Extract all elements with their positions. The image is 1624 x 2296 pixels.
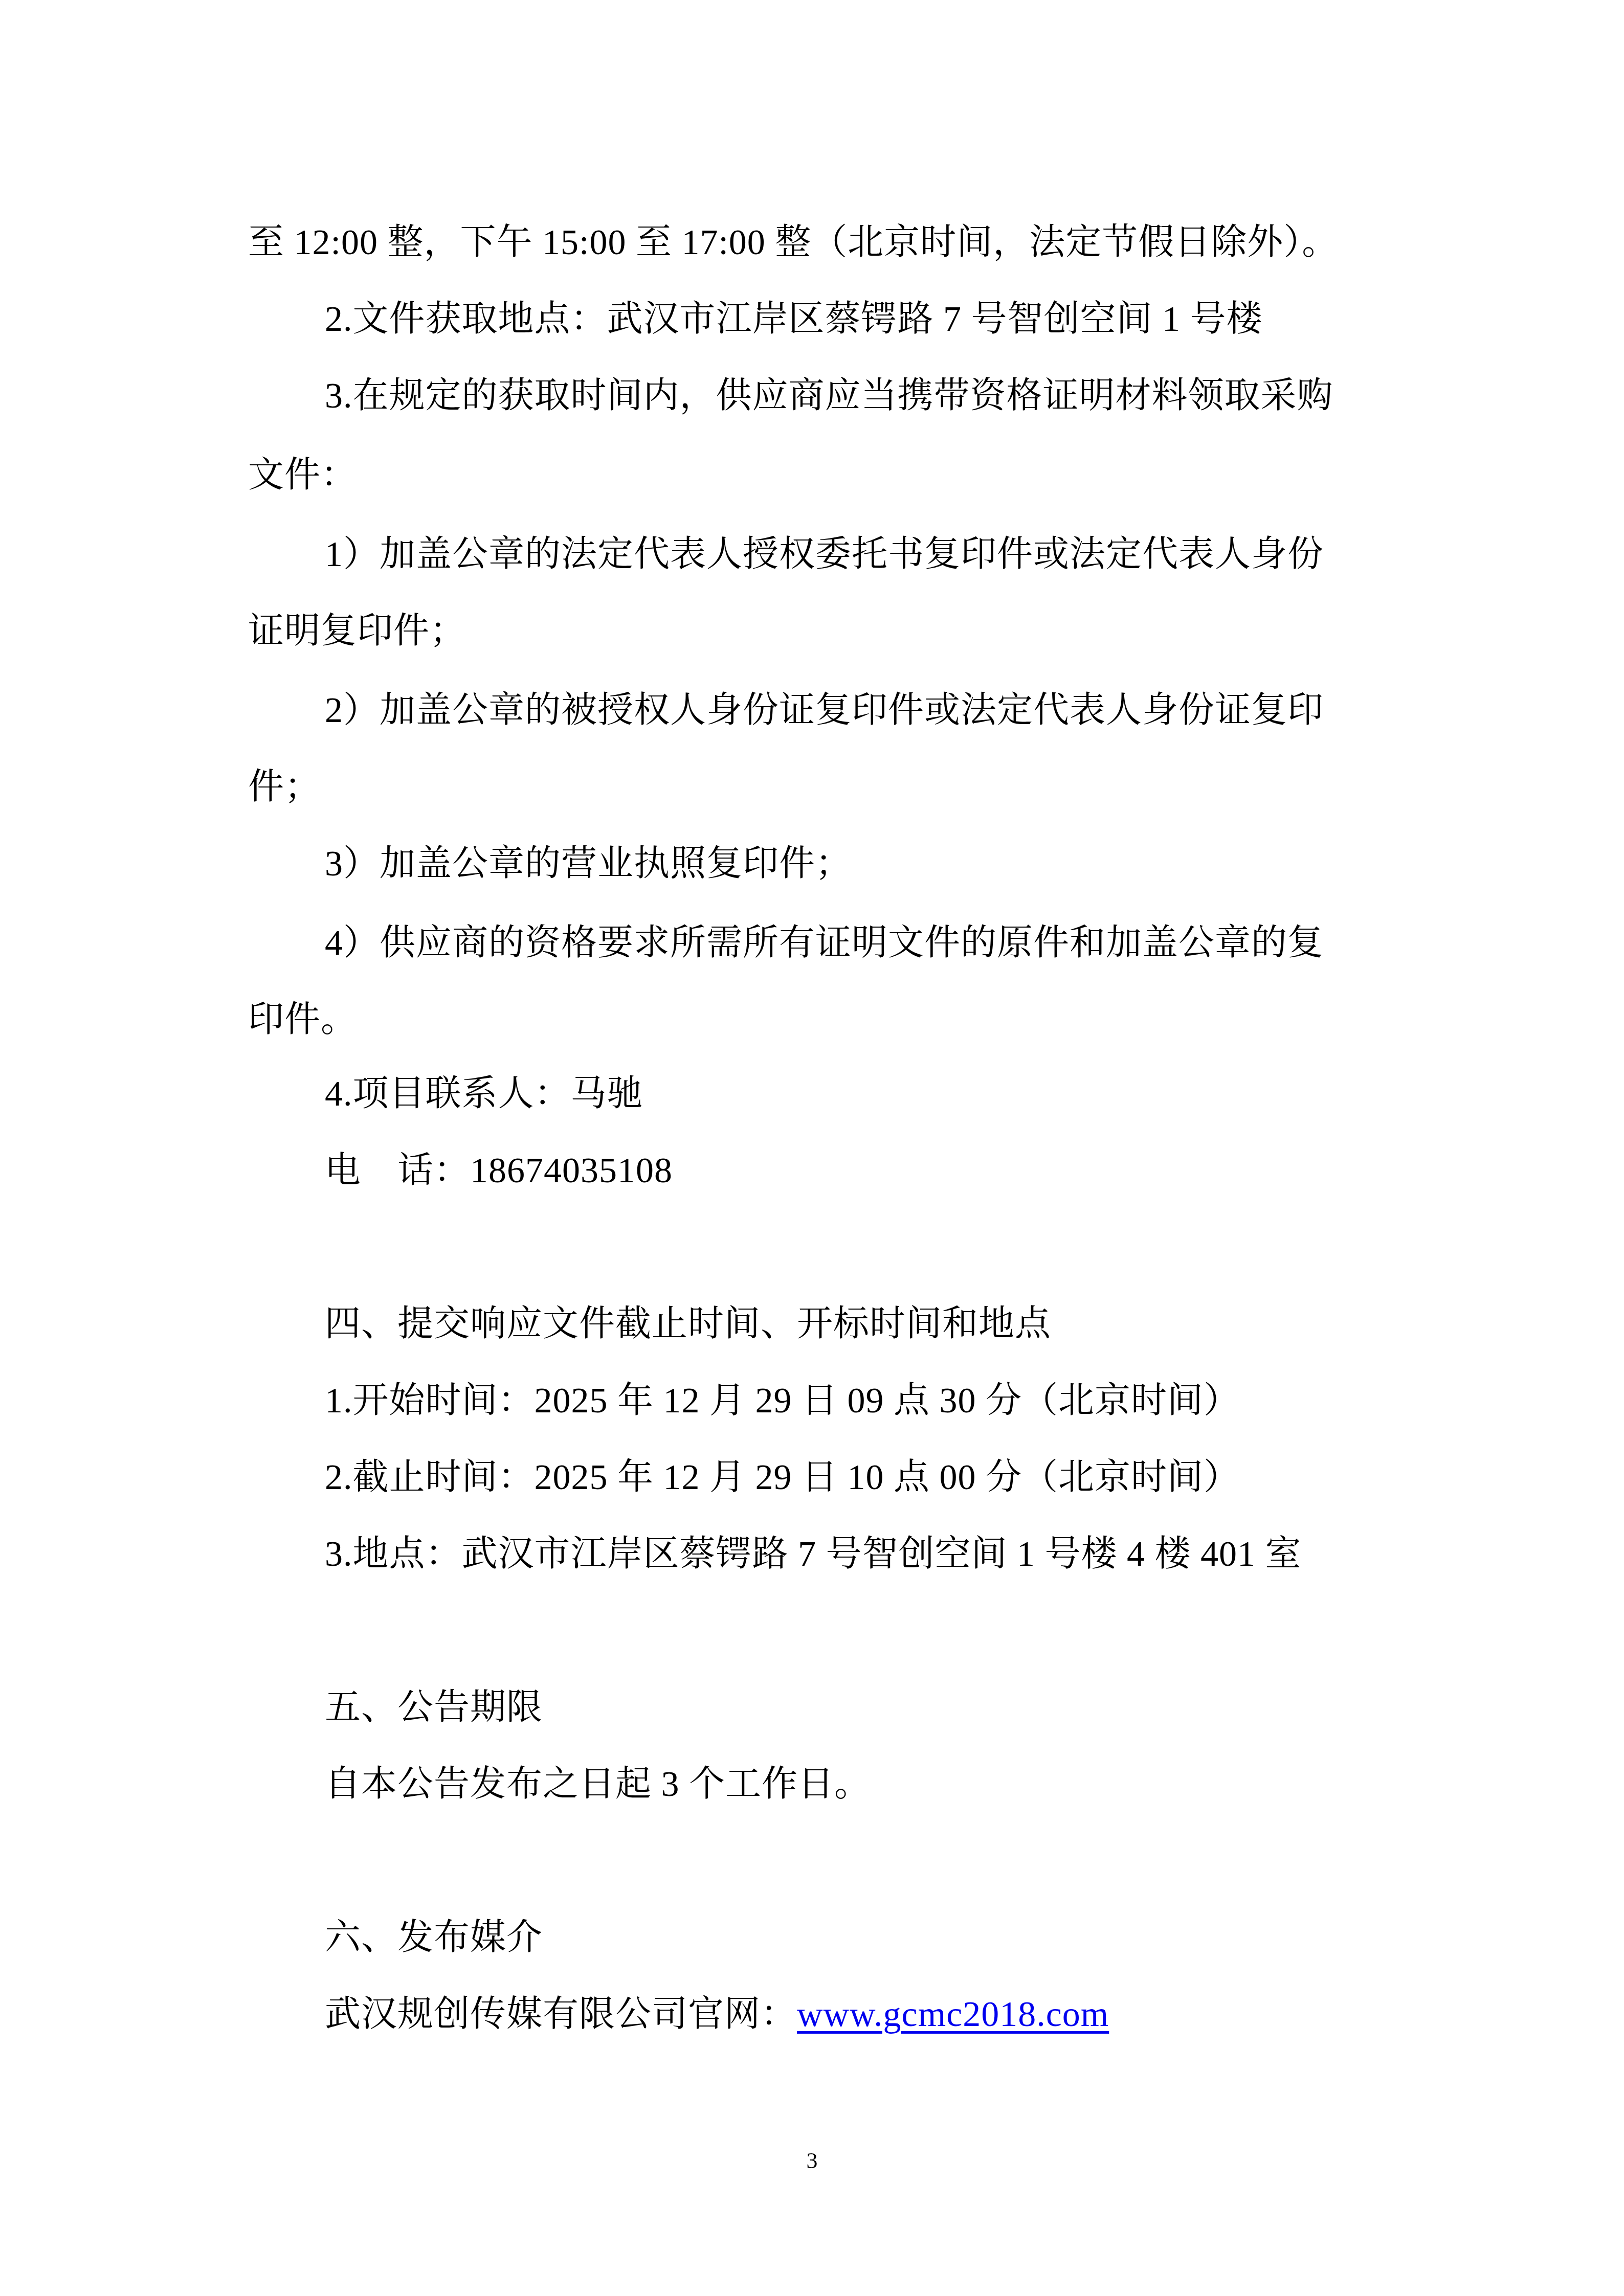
deadline-time: 2.截止时间：2025 年 12 月 29 日 10 点 00 分（北京时间） [325, 1452, 1240, 1503]
text-line: 3）加盖公章的营业执照复印件； [325, 839, 852, 890]
page-number: 3 [0, 2148, 1624, 2174]
text-line: 2）加盖公章的被授权人身份证复印件或法定代表人身份证复印 [325, 685, 1324, 736]
text-line: 文件： [248, 450, 357, 501]
text-line: 1）加盖公章的法定代表人授权委托书复印件或法定代表人身份 [325, 529, 1324, 580]
text-line: 证明复印件； [248, 606, 466, 657]
announcement-period: 自本公告发布之日起 3 个工作日。 [325, 1759, 871, 1810]
media-label: 武汉规创传媒有限公司官网： [325, 1995, 797, 2034]
section4-heading: 四、提交响应文件截止时间、开标时间和地点 [325, 1299, 1051, 1350]
text-line: 至 12:00 整，下午 15:00 至 17:00 整（北京时间，法定节假日除… [248, 217, 1338, 268]
website-link[interactable]: www.gcmc2018.com [797, 1995, 1109, 2034]
text-line: 印件。 [248, 995, 357, 1046]
section5-heading: 五、公告期限 [325, 1682, 543, 1734]
text-line: 件； [248, 762, 321, 813]
section6-heading: 六、发布媒介 [325, 1912, 543, 1964]
text-line: 3.在规定的获取时间内，供应商应当携带资格证明材料领取采购 [325, 371, 1333, 422]
publication-media: 武汉规创传媒有限公司官网：www.gcmc2018.com [325, 1989, 1109, 2040]
start-time: 1.开始时间：2025 年 12 月 29 日 09 点 30 分（北京时间） [325, 1376, 1240, 1427]
contact-person: 4.项目联系人：马驰 [325, 1069, 643, 1120]
text-line: 4）供应商的资格要求所需所有证明文件的原件和加盖公章的复 [325, 918, 1324, 969]
text-line: 2.文件获取地点：武汉市江岸区蔡锷路 7 号智创空间 1 号楼 [325, 294, 1263, 345]
contact-phone: 电 话：18674035108 [325, 1145, 673, 1197]
location: 3.地点：武汉市江岸区蔡锷路 7 号智创空间 1 号楼 4 楼 401 室 [325, 1529, 1302, 1580]
